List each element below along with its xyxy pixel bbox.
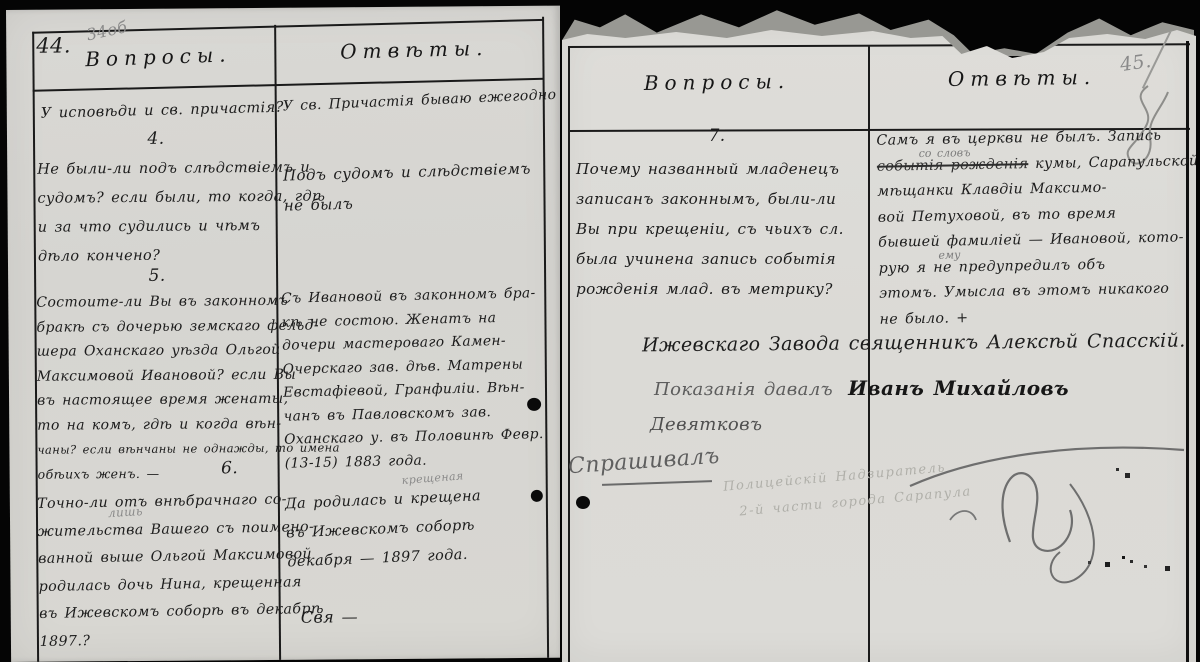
punch-hole [576, 496, 590, 509]
question-block: Не были-ли подъ слѣдствіемъ и судомъ? ес… [37, 154, 278, 272]
questions-column-header: Вопросы. [52, 41, 265, 72]
deposition-line: Показанія давалъ Иванъ Михайловъ [654, 376, 1184, 400]
folio-number-pencil: 45. [1119, 50, 1153, 76]
answer-block: Съ Ивановой въ законномъ бра- кѣ не сост… [281, 282, 557, 476]
answer-line: (13-15) 1883 года. [284, 446, 556, 475]
answer-line: У св. Причастія бываю ежегодно [283, 87, 553, 115]
interrogator-label: Спрашивалъ [567, 444, 720, 480]
deponent-surname-signature: Девятковъ [650, 414, 762, 435]
signature-paraph [892, 424, 1192, 589]
answers-column-header: Отвѣты. [298, 35, 531, 65]
question-number: 6. [210, 458, 250, 478]
ink-blot [527, 398, 541, 411]
answer-text: рую я не предупредилъ объ [879, 256, 1106, 276]
question-line: 1897.? [39, 624, 285, 656]
answer-block: Подъ судомъ и слѣдствіемъ не былъ [283, 153, 553, 221]
question-line: Максимовой Ивановой? если Вы [37, 362, 281, 388]
question-block: Почему названный младенецъ записанъ зако… [576, 154, 862, 304]
folio-number-pencil: 34об [85, 17, 129, 44]
question-line: была учинена запись событія [576, 244, 862, 274]
right-page-scan: Вопросы. Отвѣты. 45. 7. Почему названный… [560, 0, 1200, 662]
question-line: то на комъ, гдѣ и когда вѣн- [37, 411, 281, 437]
question-line: рожденія млад. въ метрику? [576, 274, 862, 304]
answer-line: не былъ [283, 183, 552, 221]
question-block: Точно-ли отъ внѣбрачнаго со- жительства … [37, 487, 286, 656]
question-line: шера Оханскаго уѣзда Ольгой [37, 338, 281, 364]
question-line: бракѣ съ дочерью земскаго фельд- [36, 313, 280, 339]
question-number: 4. [41, 128, 271, 150]
right-page-paper: Вопросы. Отвѣты. 45. 7. Почему названный… [562, 26, 1196, 662]
question-line: Вы при крещеніи, съ чьихъ сл. [576, 214, 862, 244]
answer-block: Самъ я въ церкви не былъ. Запись со слов… [876, 123, 1195, 332]
question-line: Почему названный младенецъ [576, 154, 862, 184]
table-top-border [568, 43, 1190, 48]
left-page-scan: 44. 34об Вопросы. Отвѣты. У исповѣди и с… [6, 6, 568, 662]
question-number: 5. [42, 265, 272, 287]
deponent-name-signature: Иванъ Михайловъ [848, 376, 1069, 400]
interline-insertion: со словъ [918, 140, 970, 166]
question-number: 7. [602, 126, 832, 146]
answer-block: Да родилась и крещена въ Ижевскомъ собор… [284, 479, 555, 577]
question-line: У исповѣди и св. причастія? [41, 100, 273, 122]
question-block: Состоите-ли Вы въ законномъ бракѣ съ доч… [36, 289, 282, 487]
answer-text: кумы, Сарапульской [1035, 153, 1199, 172]
question-line: Не были-ли подъ слѣдствіемъ и [37, 154, 277, 185]
deposition-prefix: Показанія давалъ [654, 379, 833, 400]
question-line: въ настоящее время женаты, [37, 387, 281, 413]
question-line: Состоите-ли Вы въ законномъ [36, 289, 280, 315]
priest-attestation-line: Ижевскаго Завода священникъ Алексѣй Спас… [642, 330, 1182, 357]
questions-column-header: Вопросы. [592, 68, 842, 95]
interline-insertion: ему [938, 242, 960, 268]
question-line: судомъ? если были, то когда, гдѣ [37, 183, 277, 214]
question-line: записанъ законнымъ, были-ли [576, 184, 862, 214]
question-line: и за что судились и чѣмъ [38, 212, 278, 243]
ink-specks [1122, 556, 1125, 559]
catchword: Свя — [301, 607, 358, 626]
table-left-border [568, 46, 570, 662]
ink-blot [531, 490, 543, 502]
answer-line: не было. + [879, 302, 1194, 333]
pencil-underline [602, 480, 712, 486]
pencil-insertion: лишь [108, 504, 144, 520]
